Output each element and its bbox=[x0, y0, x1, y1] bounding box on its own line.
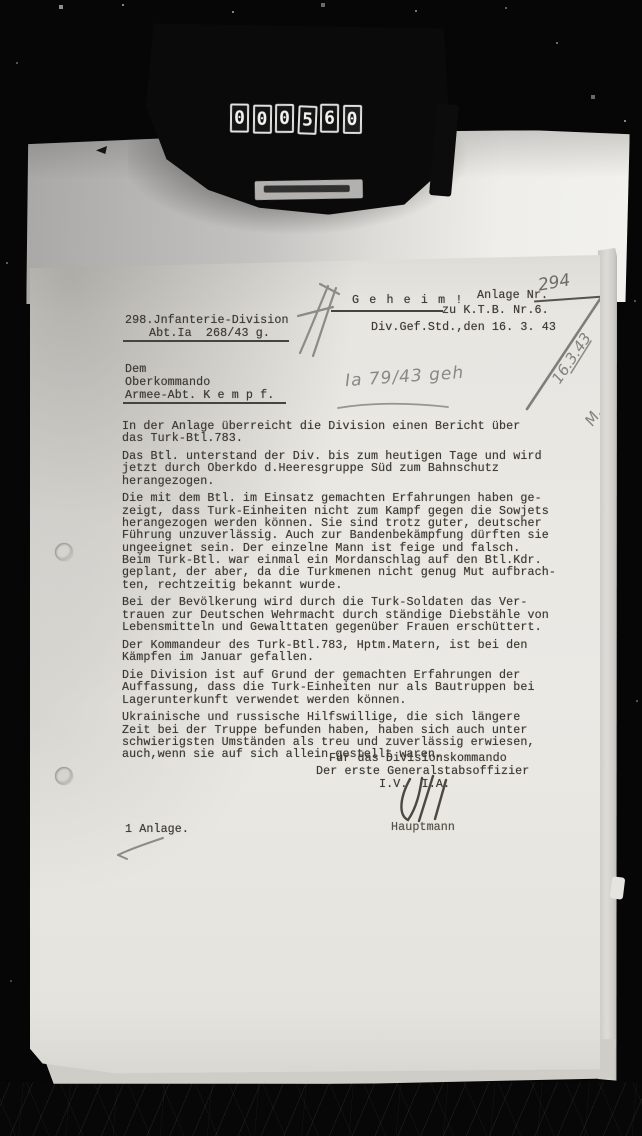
counter-digit: 6 bbox=[320, 104, 339, 133]
sender-line2: Abt.Ia 268/43 g. bbox=[149, 327, 270, 339]
counter-label-mark bbox=[264, 185, 350, 193]
paragraph: Das Btl. unterstand der Div. bis zum heu… bbox=[122, 450, 592, 487]
film-dust-specks bbox=[0, 0, 2, 2]
microfilm-frame: { "counter": { "digits": ["0","0","0","5… bbox=[0, 0, 642, 1136]
paragraph: In der Anlage überreicht die Division ei… bbox=[122, 420, 592, 445]
recipient-underline bbox=[123, 402, 286, 404]
counter-digit: 5 bbox=[297, 105, 317, 135]
counter-digits: 000560 bbox=[230, 104, 362, 134]
enclosure-note: 1 Anlage. bbox=[125, 823, 189, 835]
fabric-background bbox=[0, 1082, 642, 1136]
sender-underline bbox=[123, 340, 289, 342]
document-page: 298.Jnfanterie-Division Abt.Ia 268/43 g.… bbox=[30, 255, 600, 1075]
punch-hole-bottom bbox=[55, 767, 73, 785]
body-paragraphs: In der Anlage überreicht die Division ei… bbox=[122, 420, 592, 766]
signature-name: Hauptmann bbox=[391, 821, 455, 833]
date-line: Div.Gef.Std.,den 16. 3. 43 bbox=[371, 321, 556, 333]
punch-hole-top bbox=[55, 543, 73, 561]
recipient-line2: Oberkommando bbox=[125, 376, 210, 388]
counter-digit: 0 bbox=[252, 105, 271, 134]
ia-annotation-underline bbox=[338, 404, 448, 408]
page-tab bbox=[610, 876, 626, 899]
signature-line3: I.V. I.A. bbox=[379, 778, 450, 790]
paragraph: Die Division ist auf Grund der gemachten… bbox=[122, 669, 592, 706]
signature-line2: Der erste Generalstabsoffizier bbox=[316, 765, 529, 777]
counter-digit: 0 bbox=[230, 104, 249, 133]
enclosure-check-icon bbox=[118, 838, 163, 859]
counter-label-strip bbox=[255, 179, 363, 200]
paragraph: Die mit dem Btl. im Einsatz gemachten Er… bbox=[122, 492, 592, 591]
recipient-line1: Dem bbox=[125, 363, 146, 375]
ktb-line: zu K.T.B. Nr.6. bbox=[442, 304, 549, 316]
sender-line1: 298.Jnfanterie-Division bbox=[125, 314, 289, 326]
counter-digit: 0 bbox=[342, 105, 361, 134]
paragraph: Der Kommandeur des Turk-Btl.783, Hptm.Ma… bbox=[122, 639, 592, 664]
anlage-number-handwritten: 294 bbox=[537, 270, 572, 295]
diagonal-date-annotation: 16.3.43 bbox=[548, 330, 595, 388]
counter-digit: 0 bbox=[275, 104, 294, 133]
paragraph: Bei der Bevölkerung wird durch die Turk-… bbox=[122, 596, 592, 633]
recipient-line3: Armee-Abt. K e m p f. bbox=[125, 389, 274, 401]
signature-line1: Für das Divisionskommando bbox=[329, 752, 507, 764]
pencil-f-mark-icon bbox=[298, 284, 339, 356]
geheim-underline bbox=[331, 310, 443, 312]
ia-number-annotation: Ia 79/43 geh bbox=[344, 363, 464, 391]
page-behind-right-edge bbox=[598, 248, 617, 1084]
